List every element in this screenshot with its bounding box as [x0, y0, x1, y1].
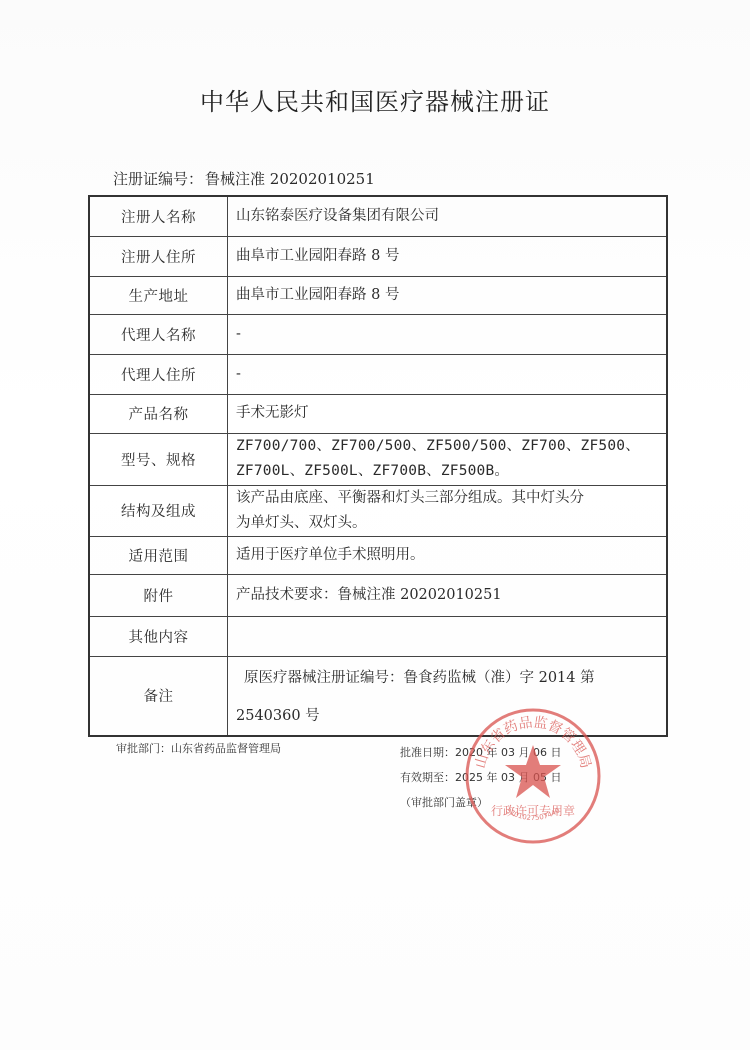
table-row: 生产地址 曲阜市工业园阳春路 8 号: [89, 276, 667, 314]
registration-number-value: 鲁械注准 20202010251: [205, 170, 375, 188]
seal-note: （审批部门盖章）: [400, 790, 561, 815]
registration-number-label: 注册证编号：: [113, 170, 203, 188]
row-label: 代理人名称: [89, 314, 228, 354]
row-label: 适用范围: [89, 536, 228, 574]
row-value: 该产品由底座、平衡器和灯头三部分组成。其中灯头分 为单灯头、双灯头。: [228, 485, 668, 536]
row-label: 结构及组成: [89, 485, 228, 536]
registration-number: 注册证编号：鲁械注准 20202010251: [113, 168, 375, 189]
row-value: [228, 616, 668, 656]
table-row: 注册人住所 曲阜市工业园阳春路 8 号: [89, 236, 667, 276]
row-value: ZF700/700、ZF700/500、ZF500/500、ZF700、ZF50…: [228, 433, 668, 485]
table-row: 附件 产品技术要求：鲁械注准 20202010251: [89, 574, 667, 616]
table-row: 结构及组成 该产品由底座、平衡器和灯头三部分组成。其中灯头分 为单灯头、双灯头。: [89, 485, 667, 536]
registration-table: 注册人名称 山东铭泰医疗设备集团有限公司 注册人住所 曲阜市工业园阳春路 8 号…: [88, 195, 668, 737]
table-row: 注册人名称 山东铭泰医疗设备集团有限公司: [89, 196, 667, 236]
row-label: 生产地址: [89, 276, 228, 314]
row-value: 手术无影灯: [228, 394, 668, 433]
structure-line-2: 为单灯头、双灯头。: [236, 511, 658, 536]
remark-line-2: 2540360 号: [236, 698, 658, 734]
model-line-2: ZF700L、ZF500L、ZF700B、ZF500B。: [236, 459, 658, 484]
row-value: 山东铭泰医疗设备集团有限公司: [228, 196, 668, 236]
row-label: 代理人住所: [89, 354, 228, 394]
row-value: 产品技术要求：鲁械注准 20202010251: [228, 574, 668, 616]
row-value: 曲阜市工业园阳春路 8 号: [228, 276, 668, 314]
row-label: 产品名称: [89, 394, 228, 433]
table-row: 适用范围 适用于医疗单位手术照明用。: [89, 536, 667, 574]
table-row: 备注 原医疗器械注册证编号：鲁食药监械（准）字 2014 第 2540360 号: [89, 656, 667, 736]
table-row: 代理人名称 -: [89, 314, 667, 354]
row-value: 适用于医疗单位手术照明用。: [228, 536, 668, 574]
row-label: 其他内容: [89, 616, 228, 656]
document-title: 中华人民共和国医疗器械注册证: [0, 82, 750, 117]
table-row: 产品名称 手术无影灯: [89, 394, 667, 433]
row-label: 备注: [89, 656, 228, 736]
row-value: 原医疗器械注册证编号：鲁食药监械（准）字 2014 第 2540360 号: [228, 656, 668, 736]
row-label: 注册人住所: [89, 236, 228, 276]
approval-department: 审批部门：山东省药品监督管理局: [116, 740, 281, 756]
row-label: 注册人名称: [89, 196, 228, 236]
row-label: 附件: [89, 574, 228, 616]
row-value: -: [228, 314, 668, 354]
table-row: 型号、规格 ZF700/700、ZF700/500、ZF500/500、ZF70…: [89, 433, 667, 485]
remark-line-1: 原医疗器械注册证编号：鲁食药监械（准）字 2014 第: [236, 658, 658, 698]
structure-line-1: 该产品由底座、平衡器和灯头三部分组成。其中灯头分: [236, 486, 658, 511]
table-row: 其他内容: [89, 616, 667, 656]
certificate-page: 中华人民共和国医疗器械注册证 注册证编号：鲁械注准 20202010251 注册…: [0, 0, 750, 1050]
approval-date: 批准日期：2020 年 03 月 06 日: [400, 740, 561, 765]
approval-dates: 批准日期：2020 年 03 月 06 日 有效期至：2025 年 03 月 0…: [400, 740, 561, 815]
model-line-1: ZF700/700、ZF700/500、ZF500/500、ZF700、ZF50…: [236, 434, 658, 459]
table-row: 代理人住所 -: [89, 354, 667, 394]
row-value: -: [228, 354, 668, 394]
row-value: 曲阜市工业园阳春路 8 号: [228, 236, 668, 276]
row-label: 型号、规格: [89, 433, 228, 485]
valid-until-date: 有效期至：2025 年 03 月 05 日: [400, 765, 561, 790]
